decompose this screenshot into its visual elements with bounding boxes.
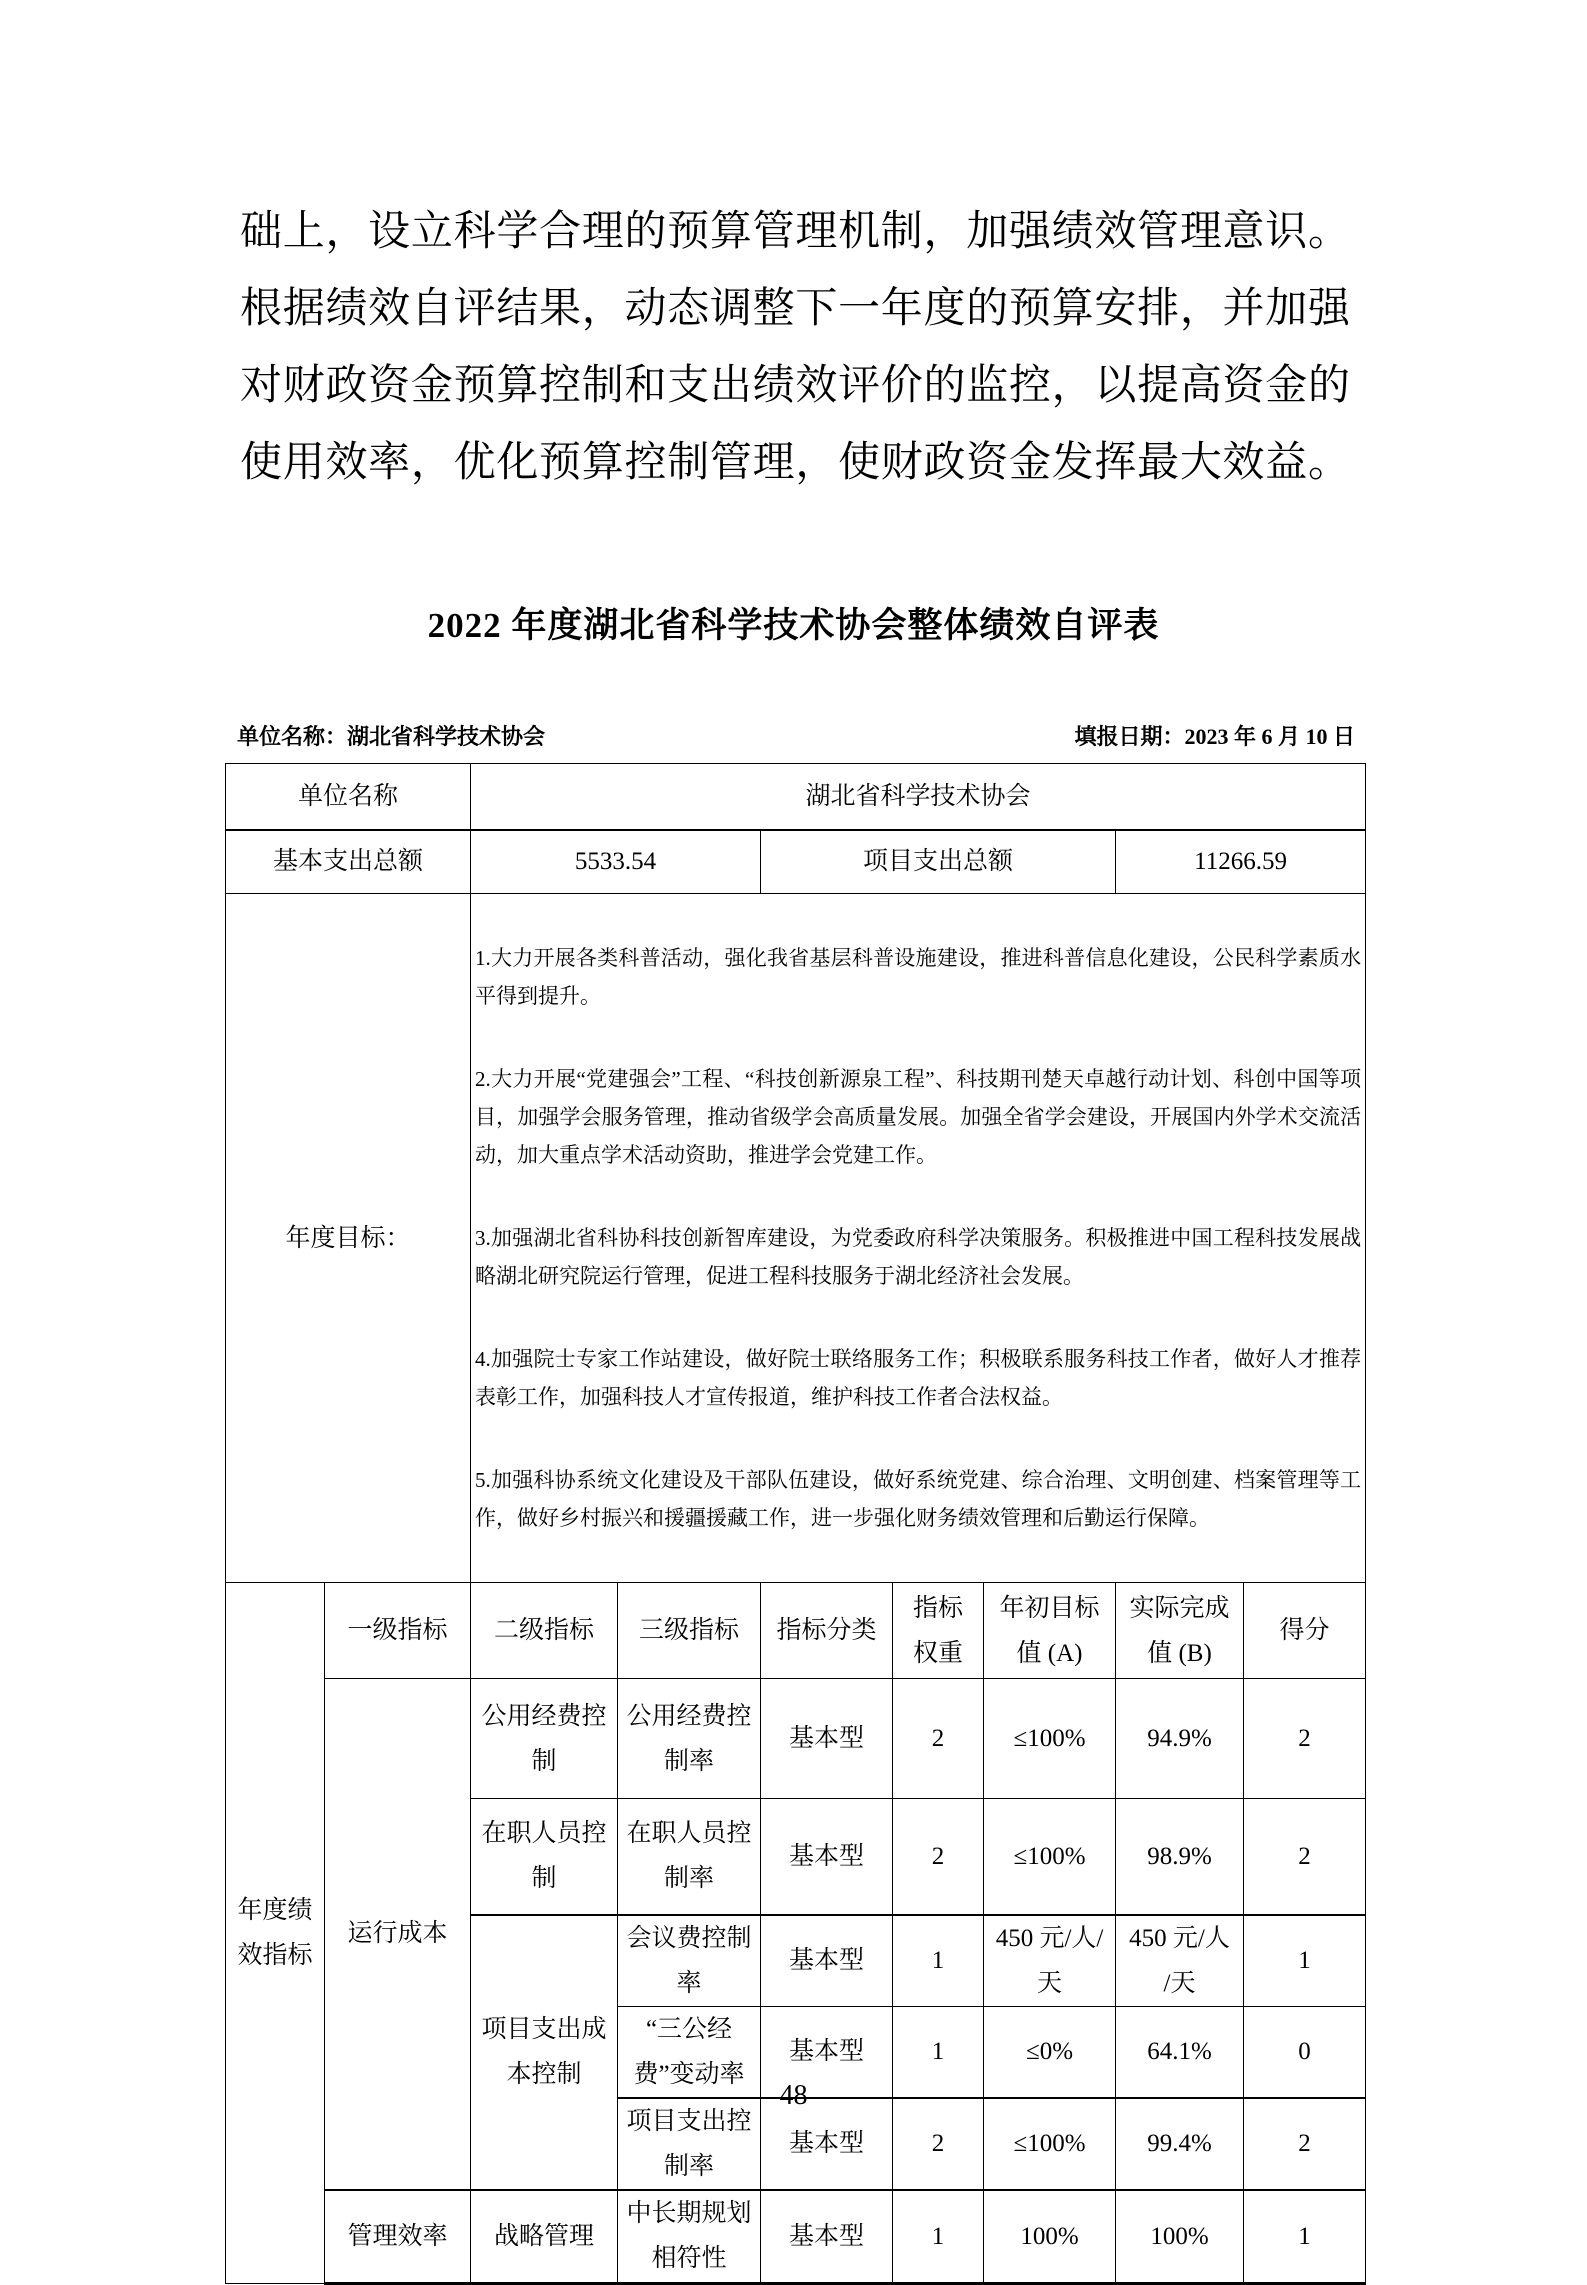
actual-cell: 450 元/人 /天 [1116, 1915, 1244, 2007]
annual-goal-text-cell: 1.大力开展各类科普活动，强化我省基层科普设施建设，推进科普信息化建设，公民科学… [471, 894, 1366, 1583]
score-cell: 2 [1244, 1799, 1366, 1915]
header-level1-cell: 一级指标 [325, 1583, 471, 1679]
report-title: 2022 年度湖北省科学技术协会整体绩效自评表 [0, 598, 1587, 648]
actual-cell: 94.9% [1116, 1679, 1244, 1799]
header-level2-cell: 二级指标 [471, 1583, 618, 1679]
unit-name-meta: 单位名称：湖北省科学技术协会 [237, 720, 545, 751]
category-cell: 基本型 [761, 1915, 893, 2007]
category-cell: 基本型 [761, 1799, 893, 1915]
target-cell: ≤100% [984, 1799, 1116, 1915]
level2-cell: 战略管理 [471, 2190, 618, 2284]
goal-item: 4.加强院士专家工作站建设，做好院士联络服务工作；积极联系服务科技工作者，做好人… [475, 1340, 1361, 1416]
report-meta-row: 单位名称：湖北省科学技术协会 填报日期：2023 年 6 月 10 日 [237, 720, 1355, 751]
indicator-header-row: 年度绩 效指标 一级指标 二级指标 三级指标 指标分类 指标 权重 年初目标 值… [226, 1583, 1366, 1679]
self-evaluation-table: 单位名称 湖北省科学技术协会 基本支出总额 5533.54 项目支出总额 112… [225, 763, 1366, 2285]
weight-cell: 2 [893, 1799, 984, 1915]
project-expense-value-cell: 11266.59 [1116, 830, 1366, 894]
level1-operating-cost-cell: 运行成本 [325, 1679, 471, 2190]
annual-goal-label-cell: 年度目标： [226, 894, 471, 1583]
header-level3-cell: 三级指标 [618, 1583, 761, 1679]
header-category-cell: 指标分类 [761, 1583, 893, 1679]
score-cell: 1 [1244, 1915, 1366, 2007]
target-cell: ≤100% [984, 1679, 1116, 1799]
annual-goal-row: 年度目标： 1.大力开展各类科普活动，强化我省基层科普设施建设，推进科普信息化建… [226, 894, 1366, 1583]
unit-name-value-cell: 湖北省科学技术协会 [471, 764, 1366, 830]
indicator-row: 管理效率 战略管理 中长期规划 相符性 基本型 1 100% 100% 1 [226, 2190, 1366, 2284]
score-cell: 2 [1244, 1679, 1366, 1799]
category-cell: 基本型 [761, 2190, 893, 2284]
unit-name-row: 单位名称 湖北省科学技术协会 [226, 764, 1366, 830]
target-cell: 450 元/人/ 天 [984, 1915, 1116, 2007]
report-date-meta: 填报日期：2023 年 6 月 10 日 [1074, 720, 1355, 751]
body-paragraph: 础上，设立科学合理的预算管理机制，加强绩效管理意识。 根据绩效自评结果，动态调整… [240, 194, 1350, 502]
level3-cell: 公用经费控 制率 [618, 1679, 761, 1799]
header-score-cell: 得分 [1244, 1583, 1366, 1679]
level2-cell: 在职人员控 制 [471, 1799, 618, 1915]
basic-expense-value-cell: 5533.54 [471, 830, 761, 894]
level3-cell: 会议费控制 率 [618, 1915, 761, 2007]
actual-cell: 98.9% [1116, 1799, 1244, 1915]
goal-item: 1.大力开展各类科普活动，强化我省基层科普设施建设，推进科普信息化建设，公民科学… [475, 939, 1361, 1015]
weight-cell: 1 [893, 1915, 984, 2007]
paragraph-line: 根据绩效自评结果，动态调整下一年度的预算安排，并加强 [240, 271, 1350, 348]
goal-item: 3.加强湖北省科协科技创新智库建设，为党委政府科学决策服务。积极推进中国工程科技… [475, 1219, 1361, 1295]
level2-cell: 公用经费控 制 [471, 1679, 618, 1799]
score-cell: 1 [1244, 2190, 1366, 2284]
level1-management-efficiency-cell: 管理效率 [325, 2190, 471, 2284]
paragraph-line: 础上，设立科学合理的预算管理机制，加强绩效管理意识。 [240, 194, 1350, 271]
indicator-row: 运行成本 公用经费控 制 公用经费控 制率 基本型 2 ≤100% 94.9% … [226, 1679, 1366, 1799]
header-weight-cell: 指标 权重 [893, 1583, 984, 1679]
header-actual-cell: 实际完成 值 (B) [1116, 1583, 1244, 1679]
project-expense-label-cell: 项目支出总额 [761, 830, 1116, 894]
goal-item: 5.加强科协系统文化建设及干部队伍建设，做好系统党建、综合治理、文明创建、档案管… [475, 1461, 1361, 1537]
level3-cell: 中长期规划 相符性 [618, 2190, 761, 2284]
actual-cell: 100% [1116, 2190, 1244, 2284]
weight-cell: 2 [893, 1679, 984, 1799]
category-cell: 基本型 [761, 1679, 893, 1799]
weight-cell: 1 [893, 2190, 984, 2284]
header-target-cell: 年初目标 值 (A) [984, 1583, 1116, 1679]
level2-project-cost-cell: 项目支出成 本控制 [471, 1915, 618, 2190]
paragraph-line: 使用效率，优化预算控制管理，使财政资金发挥最大效益。 [240, 425, 1350, 502]
expense-row: 基本支出总额 5533.54 项目支出总额 11266.59 [226, 830, 1366, 894]
paragraph-line: 对财政资金预算控制和支出绩效评价的监控，以提高资金的 [240, 348, 1350, 425]
unit-name-label-cell: 单位名称 [226, 764, 471, 830]
document-page: 础上，设立科学合理的预算管理机制，加强绩效管理意识。 根据绩效自评结果，动态调整… [0, 0, 1587, 2245]
page-number: 48 [0, 2080, 1587, 2112]
target-cell: 100% [984, 2190, 1116, 2284]
perf-section-label-cell: 年度绩 效指标 [226, 1583, 325, 2284]
goal-item: 2.大力开展“党建强会”工程、“科技创新源泉工程”、科技期刊楚天卓越行动计划、科… [475, 1060, 1361, 1174]
level3-cell: 在职人员控 制率 [618, 1799, 761, 1915]
basic-expense-label-cell: 基本支出总额 [226, 830, 471, 894]
